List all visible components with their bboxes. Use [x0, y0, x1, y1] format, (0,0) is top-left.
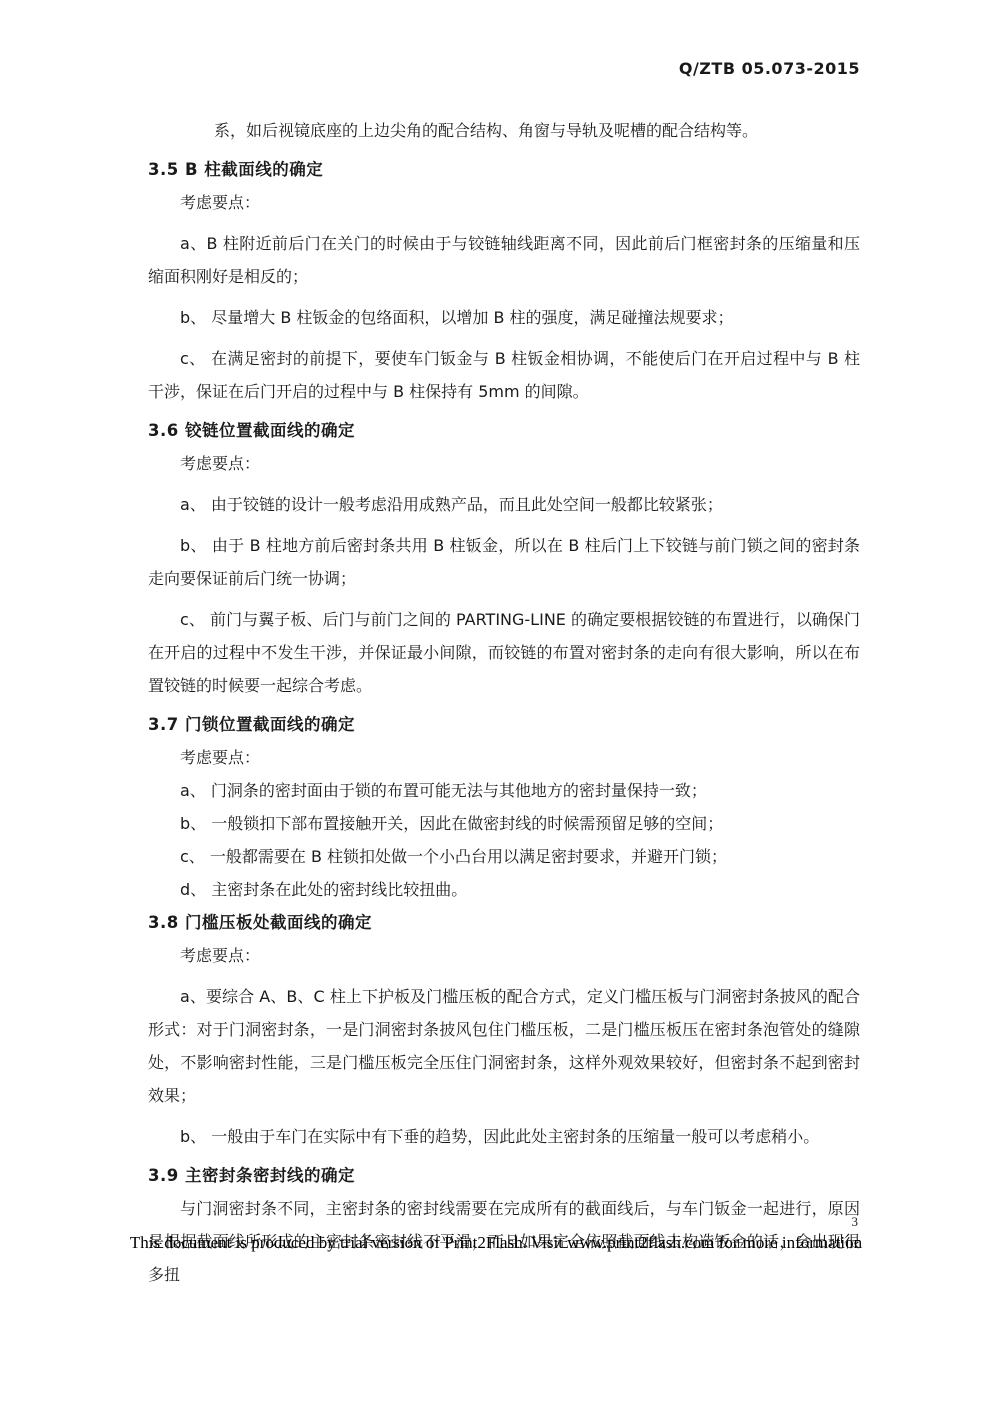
doc-number: Q/ZTB 05.073-2015: [148, 58, 860, 80]
list-item: a、 由于铰链的设计一般考虑沿用成熟产品，而且此处空间一般都比较紧张；: [148, 488, 860, 521]
page-number: 3: [852, 1214, 859, 1230]
section-3-7: 3.7 门锁位置截面线的确定 考虑要点： a、 门洞条的密封面由于锁的布置可能无…: [148, 708, 860, 906]
section-heading: 3.9 主密封条密封线的确定: [148, 1159, 860, 1192]
list-item: b、 由于 B 柱地方前后密封条共用 B 柱钣金，所以在 B 柱后门上下铰链与前…: [148, 529, 860, 595]
section-3-5: 3.5 B 柱截面线的确定 考虑要点： a、B 柱附近前后门在关门的时候由于与铰…: [148, 153, 860, 408]
document-page: Q/ZTB 05.073-2015 系，如后视镜底座的上边尖角的配合结构、角窗与…: [0, 0, 992, 1403]
list-item: a、B 柱附近前后门在关门的时候由于与铰链轴线距离不同，因此前后门框密封条的压缩…: [148, 227, 860, 293]
list-item: b、 一般由于车门在实际中有下垂的趋势，因此此处主密封条的压缩量一般可以考虑稍小…: [148, 1120, 860, 1153]
section-lead: 考虑要点：: [148, 741, 860, 774]
section-lead: 考虑要点：: [148, 939, 860, 972]
section-3-8: 3.8 门槛压板处截面线的确定 考虑要点： a、要综合 A、B、C 柱上下护板及…: [148, 906, 860, 1153]
section-heading: 3.8 门槛压板处截面线的确定: [148, 906, 860, 939]
section-heading: 3.5 B 柱截面线的确定: [148, 153, 860, 186]
section-lead: 考虑要点：: [148, 186, 860, 219]
section-lead: 考虑要点：: [148, 447, 860, 480]
list-item: c、 在满足密封的前提下，要使车门钣金与 B 柱钣金相协调，不能使后门在开启过程…: [148, 342, 860, 408]
list-item: a、要综合 A、B、C 柱上下护板及门槛压板的配合方式，定义门槛压板与门洞密封条…: [148, 980, 860, 1112]
list-item: b、 尽量增大 B 柱钣金的包络面积，以增加 B 柱的强度，满足碰撞法规要求；: [148, 301, 860, 334]
page-content: Q/ZTB 05.073-2015 系，如后视镜底座的上边尖角的配合结构、角窗与…: [0, 0, 992, 1291]
list-item: a、 门洞条的密封面由于锁的布置可能无法与其他地方的密封量保持一致；: [148, 774, 860, 807]
section-heading: 3.6 铰链位置截面线的确定: [148, 414, 860, 447]
list-item: c、 前门与翼子板、后门与前门之间的 PARTING-LINE 的确定要根据铰链…: [148, 603, 860, 702]
section-3-9: 3.9 主密封条密封线的确定 与门洞密封条不同，主密封条的密封线需要在完成所有的…: [148, 1159, 860, 1291]
list-item: b、 一般锁扣下部布置接触开关，因此在做密封线的时候需预留足够的空间；: [148, 807, 860, 840]
list-item: d、 主密封条在此处的密封线比较扭曲。: [148, 873, 860, 906]
section-heading: 3.7 门锁位置截面线的确定: [148, 708, 860, 741]
trial-notice: This document is produced by trial versi…: [0, 1231, 992, 1255]
intro-paragraph: 系，如后视镜底座的上边尖角的配合结构、角窗与导轨及呢槽的配合结构等。: [148, 114, 860, 147]
section-3-6: 3.6 铰链位置截面线的确定 考虑要点： a、 由于铰链的设计一般考虑沿用成熟产…: [148, 414, 860, 702]
list-item: c、 一般都需要在 B 柱锁扣处做一个小凸台用以满足密封要求，并避开门锁；: [148, 840, 860, 873]
